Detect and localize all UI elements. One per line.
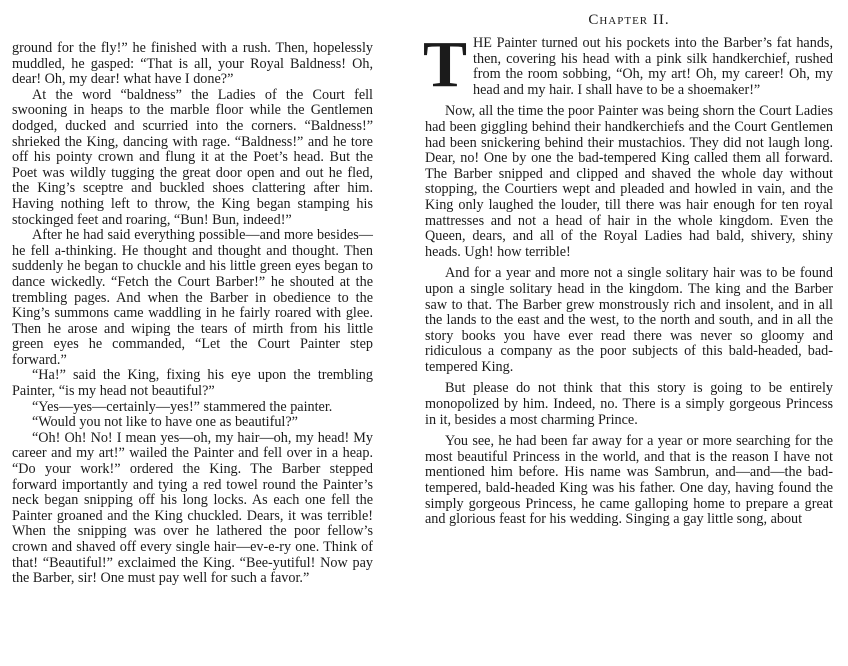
paragraph: “Yes—yes—certainly—yes!” stammered the p…	[12, 400, 373, 416]
left-page-body: ground for the fly!” he finished with a …	[12, 41, 373, 587]
right-page-body: T HE Painter turned out his pockets into…	[425, 36, 833, 528]
paragraph: ground for the fly!” he finished with a …	[12, 41, 373, 88]
left-page: ground for the fly!” he finished with a …	[12, 0, 373, 666]
paragraph: “Would you not like to have one as beaut…	[12, 415, 373, 431]
chapter-heading: Chapter II.	[425, 12, 833, 32]
paragraph: At the word “baldness” the Ladies of the…	[12, 88, 373, 228]
paragraph: You see, he had been far away for a year…	[425, 434, 833, 528]
opening-paragraph: T HE Painter turned out his pockets into…	[425, 36, 833, 98]
paragraph: After he had said everything possible—an…	[12, 228, 373, 368]
right-page: Chapter II. T HE Painter turned out his …	[425, 0, 833, 666]
paragraph: Now, all the time the poor Painter was b…	[425, 104, 833, 260]
paragraph: But please do not think that this story …	[425, 381, 833, 428]
paragraph: HE Painter turned out his pockets into t…	[425, 36, 833, 98]
paragraph: “Ha!” said the King, fixing his eye upon…	[12, 368, 373, 399]
drop-cap: T	[423, 36, 467, 92]
paragraph: “Oh! Oh! No! I mean yes—oh, my hair—oh, …	[12, 431, 373, 587]
paragraph: And for a year and more not a single sol…	[425, 266, 833, 375]
